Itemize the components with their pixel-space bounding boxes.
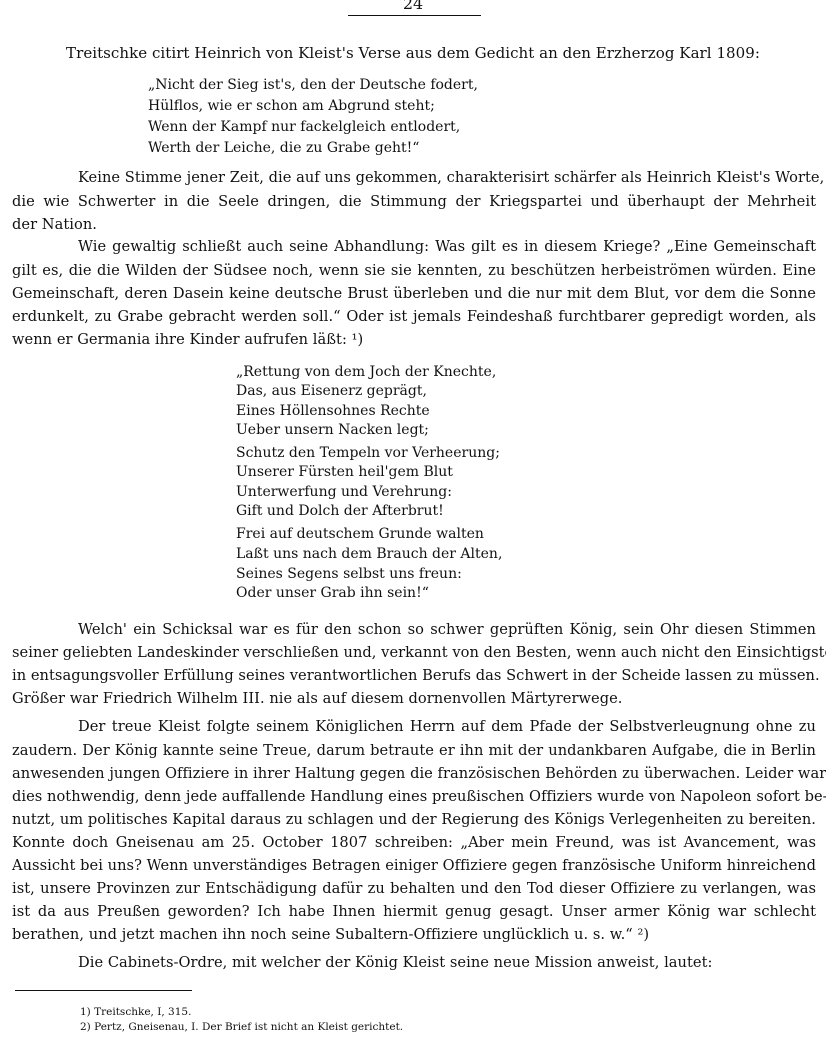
text-line: erdunkelt, zu Grabe gebracht werden soll… [12, 306, 816, 328]
verse-line: „Rettung von dem Joch der Knechte, [236, 362, 496, 382]
verse-line: Laßt uns nach dem Brauch der Alten, [236, 544, 502, 564]
text-line: Welch' ein Schicksal war es für den scho… [78, 619, 816, 641]
text-line: Konnte doch Gneisenau am 25. October 180… [12, 832, 816, 854]
verse-line: Das, aus Eisenerz geprägt, [236, 381, 427, 401]
text-line: in entsagungsvoller Erfüllung seines ver… [12, 665, 816, 687]
verse-line: Werth der Leiche, die zu Grabe geht!“ [148, 138, 419, 158]
footnote-rule [15, 990, 192, 991]
text-line: zaudern. Der König kannte seine Treue, d… [12, 740, 816, 762]
paragraph-5: Die Cabinets-Ordre, mit welcher der Köni… [78, 952, 826, 974]
verse-line: Oder unser Grab ihn sein!“ [236, 583, 429, 603]
text-line: der Nation. [12, 214, 816, 236]
verse-line: Unserer Fürsten heil'gem Blut [236, 462, 453, 482]
verse-line: „Nicht der Sieg ist's, den der Deutsche … [148, 75, 478, 95]
text-line: berathen, und jetzt machen ihn noch sein… [12, 924, 816, 946]
text-line: dies nothwendig, denn jede auffallende H… [12, 786, 816, 808]
verse-line: Seines Segens selbst uns freun: [236, 564, 462, 584]
text-line: Gemeinschaft, deren Dasein keine deutsch… [12, 283, 816, 305]
text-line: nutzt, um politisches Kapital daraus zu … [12, 809, 816, 831]
text-line: gilt es, die die Wilden der Südsee noch,… [12, 260, 816, 282]
text-line: anwesenden jungen Offiziere in ihrer Hal… [12, 763, 816, 785]
text-line: die wie Schwerter in die Seele dringen, … [12, 191, 816, 213]
verse-line: Schutz den Tempeln vor Verheerung; [236, 443, 500, 463]
text-line: Größer war Friedrich Wilhelm III. nie al… [12, 688, 816, 710]
page-number: 24 [0, 0, 826, 14]
intro-line: Treitschke citirt Heinrich von Kleist's … [48, 42, 778, 64]
text-line: Der treue Kleist folgte seinem Königlich… [78, 716, 816, 738]
text-line: Wie gewaltig schließt auch seine Abhandl… [78, 236, 816, 258]
footnote-1: 1) Treitschke, I, 315. [80, 1005, 191, 1019]
verse-line: Frei auf deutschem Grunde walten [236, 524, 484, 544]
text-line: wenn er Germania ihre Kinder aufrufen lä… [12, 329, 816, 351]
verse-line: Unterwerfung und Verehrung: [236, 482, 452, 502]
text-line: Aussicht bei uns? Wenn unverständiges Be… [12, 855, 816, 877]
verse-line: Ueber unsern Nacken legt; [236, 420, 429, 440]
verse-line: Hülflos, wie er schon am Abgrund steht; [148, 96, 435, 116]
verse-line: Wenn der Kampf nur fackelgleich entloder… [148, 117, 460, 137]
text-line: ist da aus Preußen geworden? Ich habe Ih… [12, 901, 816, 923]
footnote-2: 2) Pertz, Gneisenau, I. Der Brief ist ni… [80, 1020, 403, 1034]
text-line: seiner geliebten Landeskinder verschließ… [12, 642, 816, 664]
verse-line: Eines Höllensohnes Rechte [236, 401, 430, 421]
verse-line: Gift und Dolch der Afterbrut! [236, 501, 444, 521]
text-line: Keine Stimme jener Zeit, die auf uns gek… [78, 167, 816, 189]
header-rule [348, 15, 481, 16]
text-line: ist, unsere Provinzen zur Entschädigung … [12, 878, 816, 900]
